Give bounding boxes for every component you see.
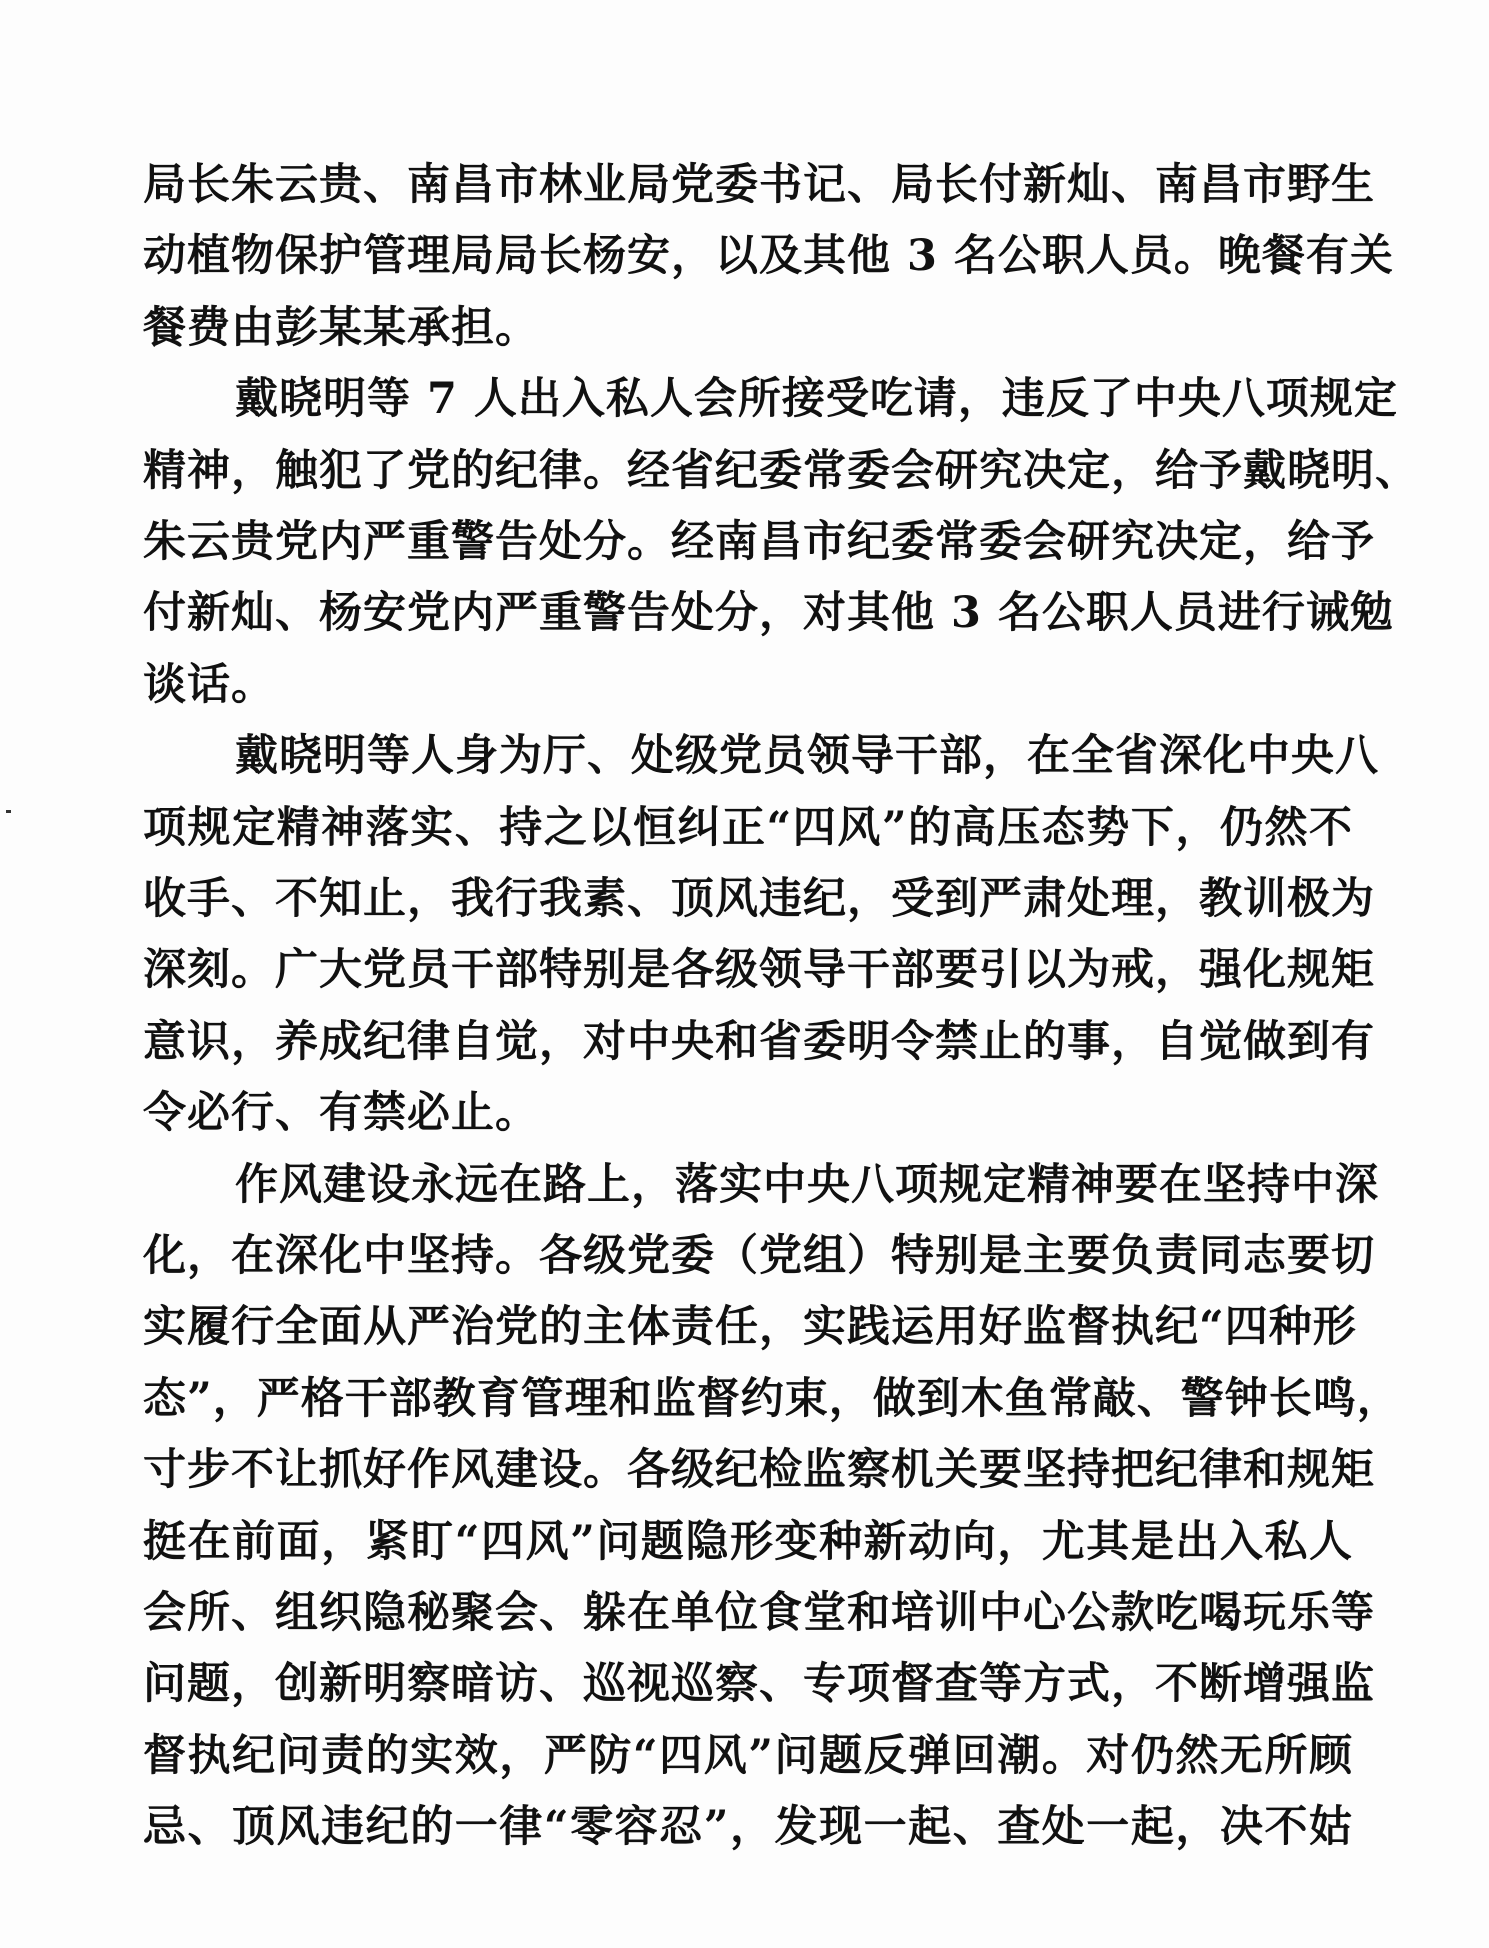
paragraph-first-line: 戴晓明等 7 人出入私人会所接受吃请，违反了中央八项规定 <box>235 369 1353 429</box>
text-line: 深刻。广大党员干部特别是各级领导干部要引以为戒，强化规矩 <box>143 940 1353 1000</box>
text-line: 问题，创新明察暗访、巡视巡察、专项督查等方式，不断增强监 <box>143 1654 1353 1714</box>
text-line: 督执纪问责的实效，严防“四风”问题反弹回潮。对仍然无所顾 <box>143 1726 1353 1786</box>
text-line: 项规定精神落实、持之以恒纠正“四风”的高压态势下，仍然不 <box>143 798 1353 858</box>
text-line: 实履行全面从严治党的主体责任，实践运用好监督执纪“四种形 <box>143 1297 1353 1357</box>
scan-margin-mark <box>6 810 11 813</box>
text-line: 意识，养成纪律自觉，对中央和省委明令禁止的事，自觉做到有 <box>143 1012 1353 1072</box>
text-line: 态”，严格干部教育管理和监督约束，做到木鱼常敲、警钟长鸣， <box>143 1369 1353 1429</box>
text-line: 动植物保护管理局局长杨安，以及其他 3 名公职人员。晚餐有关 <box>143 226 1353 286</box>
text-line: 朱云贵党内严重警告处分。经南昌市纪委常委会研究决定，给予 <box>143 512 1353 572</box>
paragraph-first-line: 戴晓明等人身为厅、处级党员领导干部，在全省深化中央八 <box>235 726 1353 786</box>
text-line: 收手、不知止，我行我素、顶风违纪，受到严肃处理，教训极为 <box>143 869 1353 929</box>
text-line: 精神，触犯了党的纪律。经省纪委常委会研究决定，给予戴晓明、 <box>143 441 1353 501</box>
text-line: 局长朱云贵、南昌市林业局党委书记、局长付新灿、南昌市野生 <box>143 155 1353 215</box>
text-line: 会所、组织隐秘聚会、躲在单位食堂和培训中心公款吃喝玩乐等 <box>143 1583 1353 1643</box>
text-line: 寸步不让抓好作风建设。各级纪检监察机关要坚持把纪律和规矩 <box>143 1440 1353 1500</box>
text-line: 忌、顶风违纪的一律“零容忍”，发现一起、查处一起，决不姑 <box>143 1797 1353 1857</box>
text-line: 化，在深化中坚持。各级党委（党组）特别是主要负责同志要切 <box>143 1226 1353 1286</box>
text-line: 令必行、有禁必止。 <box>143 1083 1353 1143</box>
text-line: 付新灿、杨安党内严重警告处分，对其他 3 名公职人员进行诫勉 <box>143 583 1353 643</box>
text-line: 挺在前面，紧盯“四风”问题隐形变种新动向，尤其是出入私人 <box>143 1512 1353 1572</box>
paragraph-first-line: 作风建设永远在路上，落实中央八项规定精神要在坚持中深 <box>235 1155 1353 1215</box>
text-line: 谈话。 <box>143 655 1353 715</box>
text-line: 餐费由彭某某承担。 <box>143 298 1353 358</box>
scanned-document-page: 局长朱云贵、南昌市林业局党委书记、局长付新灿、南昌市野生动植物保护管理局局长杨安… <box>0 0 1489 1948</box>
